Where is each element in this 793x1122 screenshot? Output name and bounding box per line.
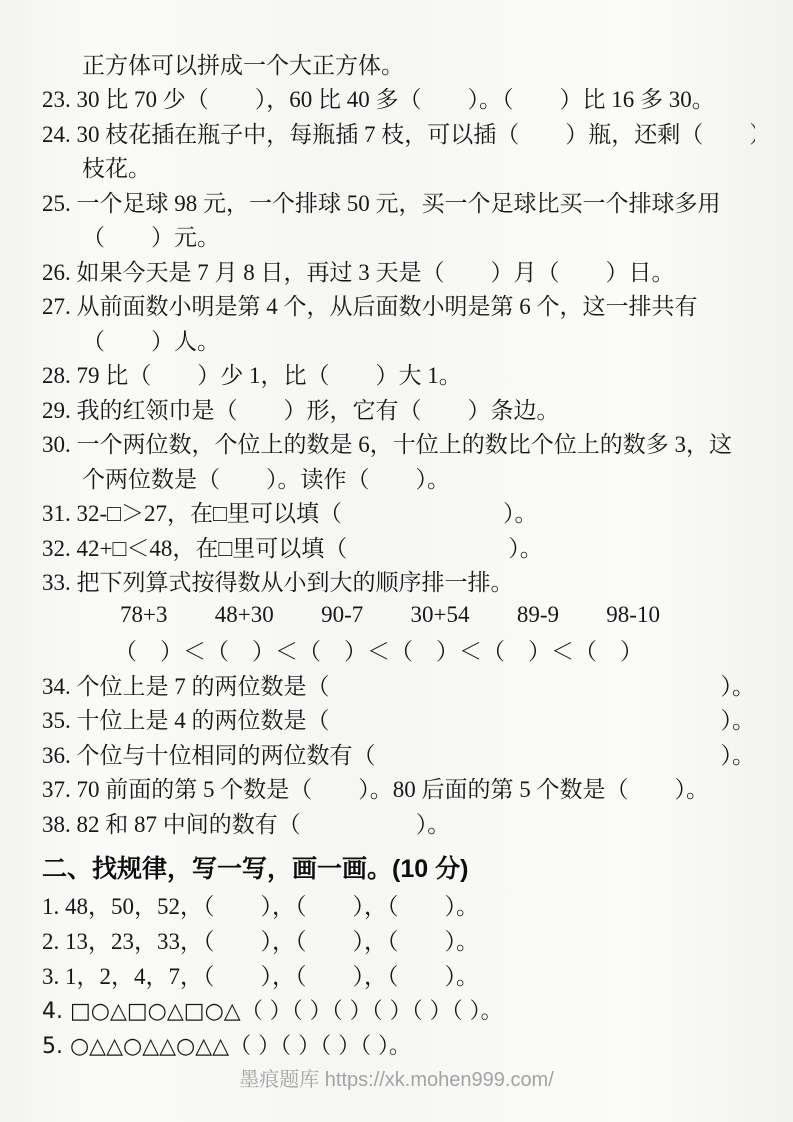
question-text: 33. 把下列算式按得数从小到大的顺序排一排。 — [42, 564, 514, 597]
expression: 78+3 — [120, 602, 167, 628]
pattern-question-2: 2. 13，23，33，（ ），（ ），（ ）。 — [42, 922, 755, 957]
question-text: 34. 个位上是 7 的两位数是（ — [42, 668, 330, 701]
question-37: 37. 70 前面的第 5 个数是（ ）。80 后面的第 5 个数是（ ）。 — [42, 771, 755, 806]
order-blanks: （ ）＜（ ）＜（ ）＜（ ）＜（ ）＜（ ） — [114, 633, 643, 666]
question-31: 31. 32-□＞27，在□里可以填（ ）。 — [42, 495, 755, 530]
pattern-question-5: 5. ○△△○△△○△△（ ）（ ）（ ）（ ）。 — [42, 1027, 755, 1062]
question-33-expressions: 78+3 48+30 90-7 30+54 89-9 98-10 — [42, 598, 755, 633]
expression: 48+30 — [215, 602, 274, 628]
question-text: 27. 从前面数小明是第 4 个，从后面数小明是第 6 个，这一排共有 — [42, 288, 698, 321]
question-text: 5. ○△△○△△○△△（ ）（ ）（ ）（ ）。 — [42, 1029, 411, 1060]
question-25: 25. 一个足球 98 元，一个排球 50 元，买一个足球比买一个排球多用 — [42, 184, 755, 219]
question-text: 32. 42+□＜48，在□里可以填（ ）。 — [42, 530, 543, 563]
question-32: 32. 42+□＜48，在□里可以填（ ）。 — [42, 529, 755, 564]
question-28: 28. 79 比（ ）少 1，比（ ）大 1。 — [42, 357, 755, 392]
question-23: 23. 30 比 70 少（ ），60 比 40 多（ ）。（ ）比 16 多 … — [42, 81, 755, 116]
closing-paren: ）。 — [721, 702, 756, 735]
question-text: 正方体可以拼成一个大正方体。 — [82, 47, 404, 80]
footer-watermark: 墨痕题库 https://xk.mohen999.com/ — [0, 1063, 793, 1092]
question-text: （ ）人。 — [82, 323, 220, 356]
closing-paren: ）。 — [721, 737, 756, 770]
question-text: 枝花。 — [82, 150, 151, 183]
question-text: 37. 70 前面的第 5 个数是（ ）。80 后面的第 5 个数是（ ）。 — [42, 771, 709, 804]
question-text: 2. 13，23，33，（ ），（ ），（ ）。 — [42, 923, 479, 956]
question-text: 28. 79 比（ ）少 1，比（ ）大 1。 — [42, 357, 462, 390]
question-text: 24. 30 枝花插在瓶子中，每瓶插 7 枝，可以插（ ）瓶，还剩（ ） — [42, 116, 755, 149]
closing-paren: ）。 — [721, 668, 756, 701]
question-33-answer-blanks: （ ）＜（ ）＜（ ）＜（ ）＜（ ）＜（ ） — [42, 633, 755, 668]
question-25-continuation: （ ）元。 — [42, 219, 755, 254]
question-text: 38. 82 和 87 中间的数有（ ）。 — [42, 806, 450, 839]
question-27: 27. 从前面数小明是第 4 个，从后面数小明是第 6 个，这一排共有 — [42, 288, 755, 323]
pattern-section: 1. 48，50，52，（ ），（ ），（ ）。 2. 13，23，33，（ ）… — [42, 887, 755, 1062]
question-24-continuation: 枝花。 — [42, 150, 755, 185]
pattern-question-3: 3. 1，2，4，7，（ ），（ ），（ ）。 — [42, 957, 755, 992]
question-text: 35. 十位上是 4 的两位数是（ — [42, 702, 330, 735]
question-text: 29. 我的红领巾是（ ）形，它有（ ）条边。 — [42, 392, 560, 425]
question-27-continuation: （ ）人。 — [42, 322, 755, 357]
question-text: 25. 一个足球 98 元，一个排球 50 元，买一个足球比买一个排球多用 — [42, 185, 721, 218]
question-22-continuation: 正方体可以拼成一个大正方体。 — [42, 46, 755, 81]
fill-in-blanks-section: 正方体可以拼成一个大正方体。 23. 30 比 70 少（ ），60 比 40 … — [42, 46, 755, 840]
expression: 89-9 — [517, 602, 559, 628]
expression: 98-10 — [606, 602, 660, 628]
question-35: 35. 十位上是 4 的两位数是（）。 — [42, 702, 755, 737]
question-text: 个两位数是（ ）。读作（ ）。 — [82, 461, 450, 494]
question-text: 4. □○△□○△□○△（ ）（ ）（ ）（ ）（ ）（ ）。 — [42, 994, 503, 1025]
pattern-question-1: 1. 48，50，52，（ ），（ ），（ ）。 — [42, 887, 755, 922]
question-34: 34. 个位上是 7 的两位数是（）。 — [42, 667, 755, 702]
question-24: 24. 30 枝花插在瓶子中，每瓶插 7 枝，可以插（ ）瓶，还剩（ ） — [42, 115, 755, 150]
question-text: 23. 30 比 70 少（ ），60 比 40 多（ ）。（ ）比 16 多 … — [42, 81, 715, 114]
expression: 90-7 — [321, 602, 363, 628]
question-29: 29. 我的红领巾是（ ）形，它有（ ）条边。 — [42, 391, 755, 426]
section-2-heading: 二、找规律，写一写，画一画。(10 分) — [42, 848, 755, 887]
question-30: 30. 一个两位数，个位上的数是 6，十位上的数比个位上的数多 3，这 — [42, 426, 755, 461]
question-26: 26. 如果今天是 7 月 8 日，再过 3 天是（ ）月（ ）日。 — [42, 253, 755, 288]
question-38: 38. 82 和 87 中间的数有（ ）。 — [42, 805, 755, 840]
question-text: （ ）元。 — [82, 219, 220, 252]
pattern-question-4: 4. □○△□○△□○△（ ）（ ）（ ）（ ）（ ）（ ）。 — [42, 992, 755, 1027]
question-text: 1. 48，50，52，（ ），（ ），（ ）。 — [42, 888, 479, 921]
question-36: 36. 个位与十位相同的两位数有（）。 — [42, 736, 755, 771]
question-33: 33. 把下列算式按得数从小到大的顺序排一排。 — [42, 564, 755, 599]
question-text: 31. 32-□＞27，在□里可以填（ ）。 — [42, 495, 537, 528]
question-text: 26. 如果今天是 7 月 8 日，再过 3 天是（ ）月（ ）日。 — [42, 254, 675, 287]
expression: 30+54 — [411, 602, 470, 628]
question-30-continuation: 个两位数是（ ）。读作（ ）。 — [42, 460, 755, 495]
worksheet-page: 正方体可以拼成一个大正方体。 23. 30 比 70 少（ ），60 比 40 … — [0, 0, 793, 1122]
question-text: 36. 个位与十位相同的两位数有（ — [42, 737, 376, 770]
question-text: 30. 一个两位数，个位上的数是 6，十位上的数比个位上的数多 3，这 — [42, 426, 732, 459]
question-text: 3. 1，2，4，7，（ ），（ ），（ ）。 — [42, 958, 479, 991]
